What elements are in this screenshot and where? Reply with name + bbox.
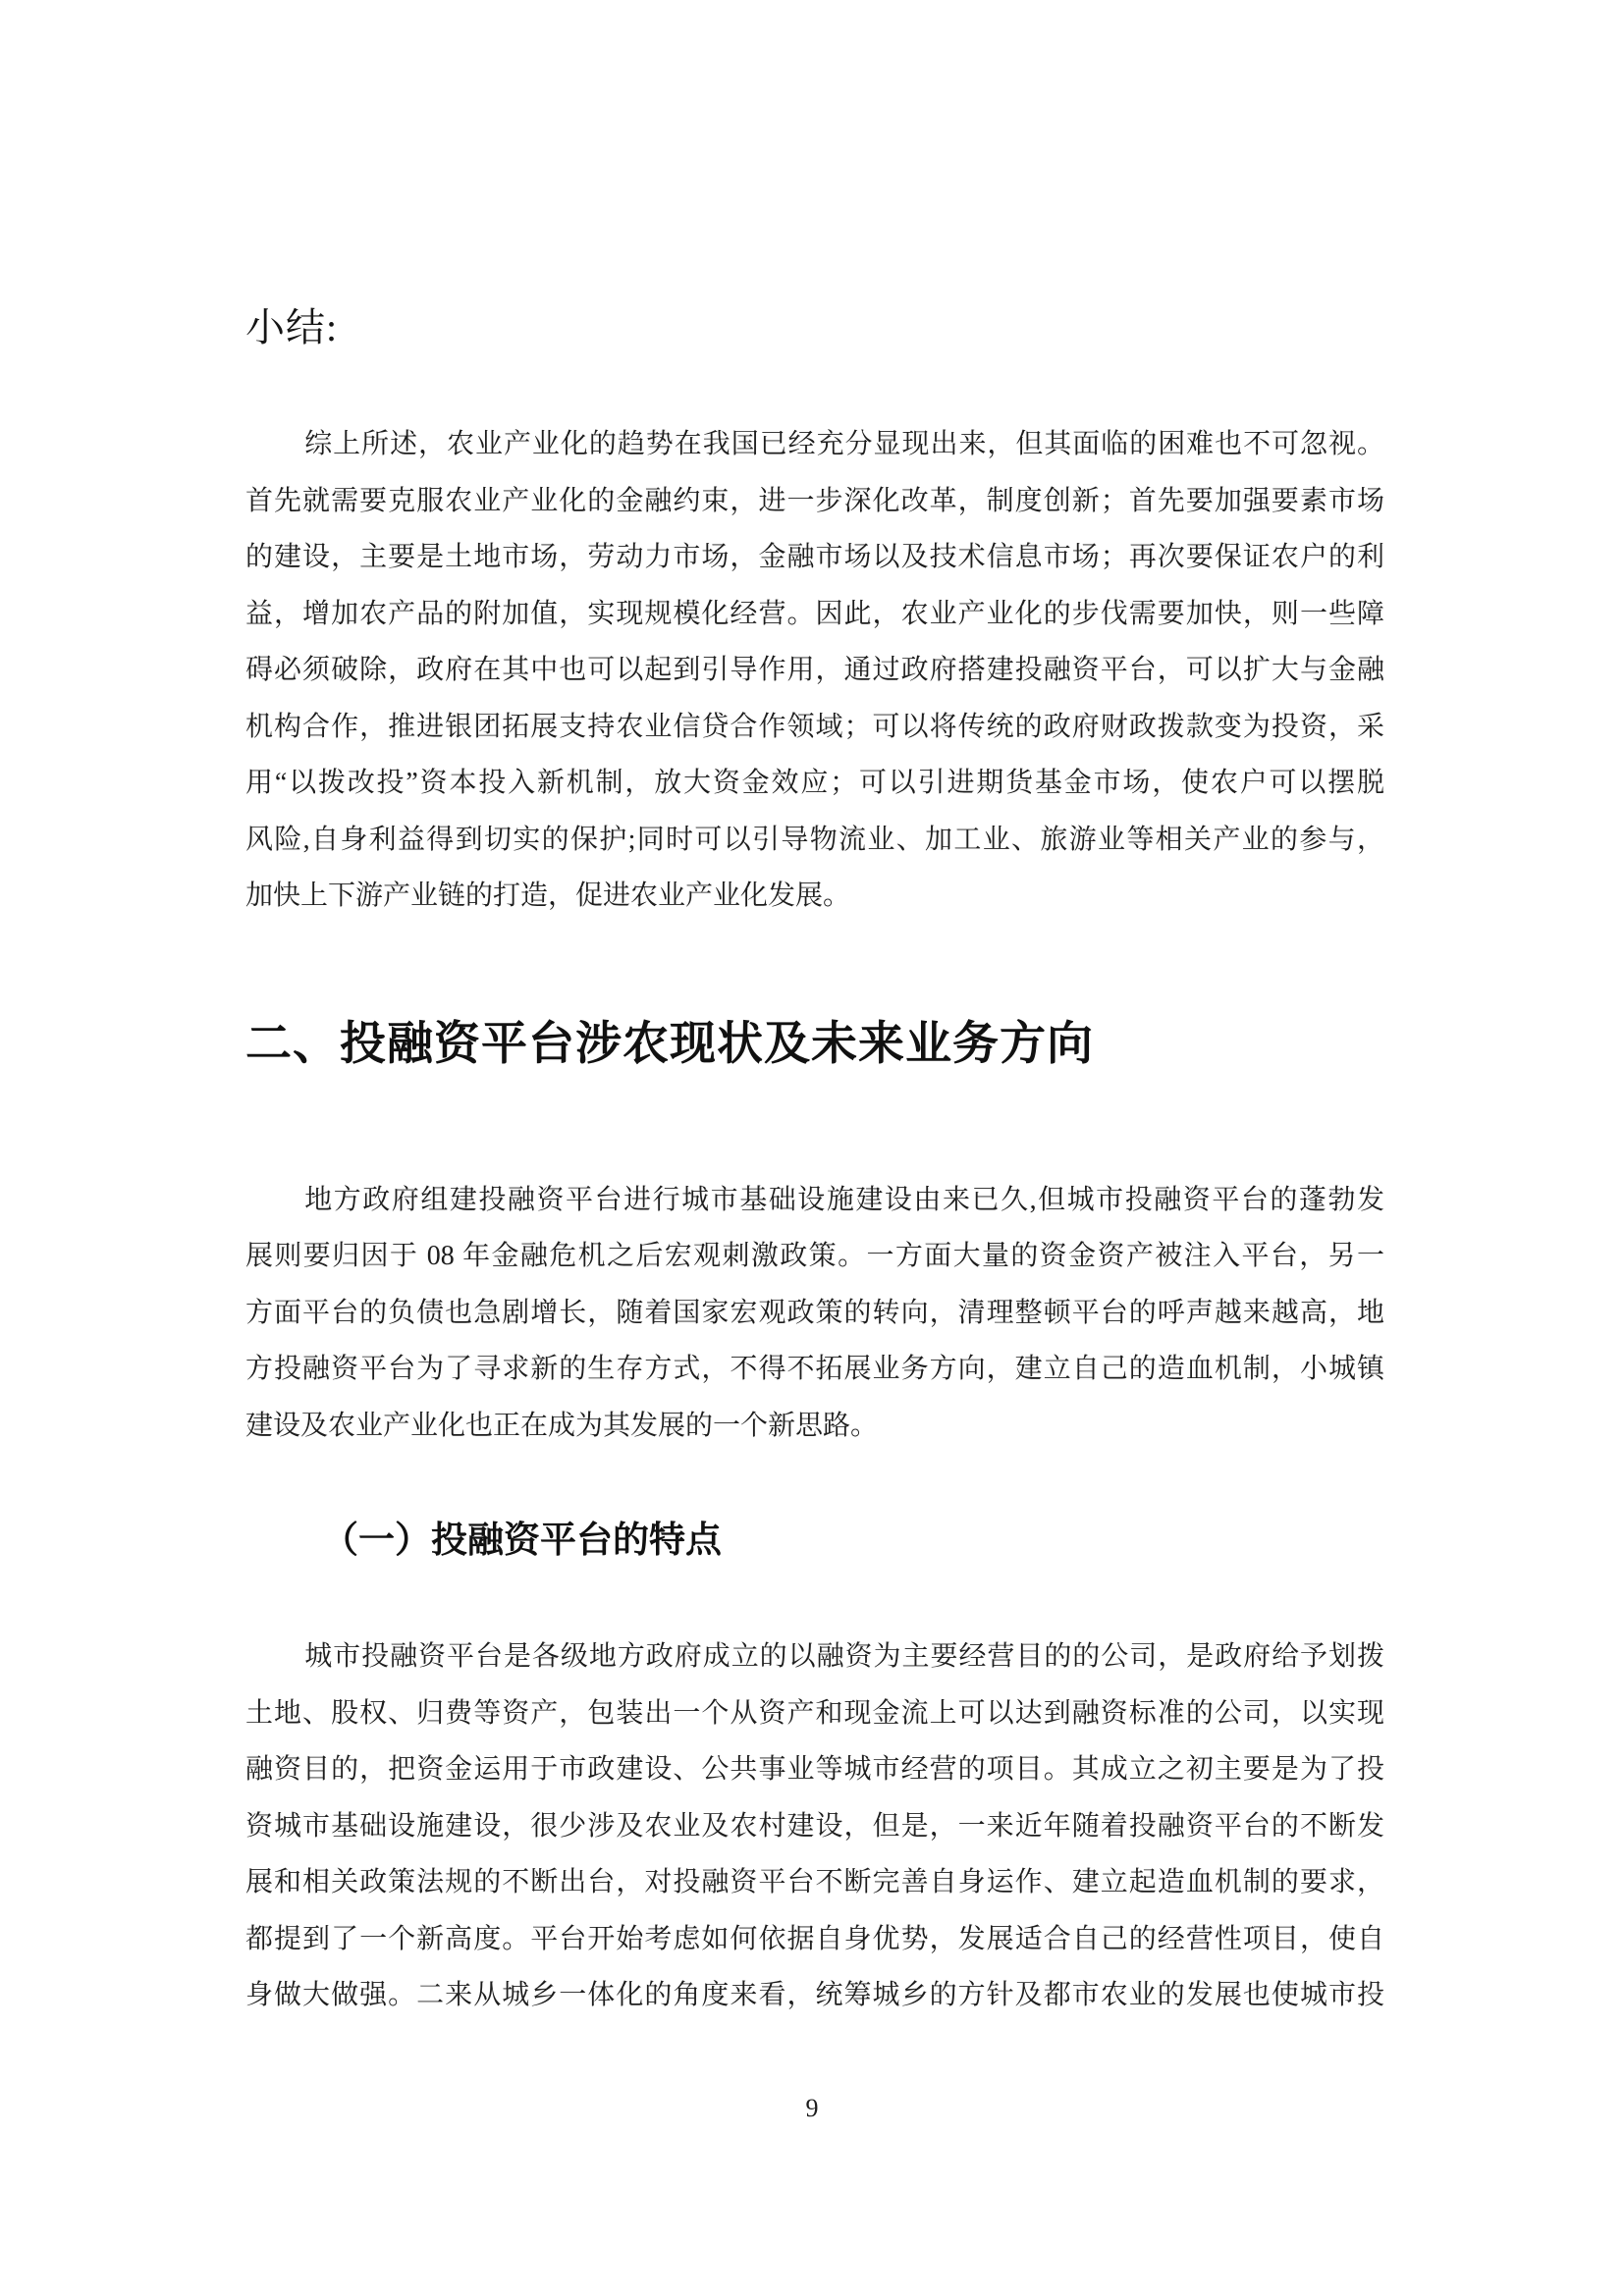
text-line: 加快上下游产业链的打造，促进农业产业化发展。 [245,868,1384,925]
text-line: 身做大做强。二来从城乡一体化的角度来看，统筹城乡的方针及都市农业的发展也使城市投 [245,1967,1384,2024]
page-number: 9 [0,2093,1624,2124]
text-line: 城市投融资平台是各级地方政府成立的以融资为主要经营目的的公司，是政府给予划拨 [245,1629,1384,1685]
text-line: 首先就需要克服农业产业化的金融约束，进一步深化改革，制度创新；首先要加强要素市场 [245,473,1384,530]
text-line: 综上所述，农业产业化的趋势在我国已经充分显现出来，但其面临的困难也不可忽视。 [245,416,1384,473]
document-page: 小结: 综上所述，农业产业化的趋势在我国已经充分显现出来，但其面临的困难也不可忽… [0,0,1624,2296]
text-line: 土地、股权、归费等资产，包装出一个从资产和现金流上可以达到融资标准的公司，以实现 [245,1685,1384,1742]
paragraph-platform-features: 城市投融资平台是各级地方政府成立的以融资为主要经营目的的公司，是政府给予划拨土地… [245,1629,1384,2024]
text-line: 资城市基础设施建设，很少涉及农业及农村建设，但是，一来近年随着投融资平台的不断发 [245,1798,1384,1855]
text-line: 机构合作，推进银团拓展支持农业信贷合作领域；可以将传统的政府财政拨款变为投资，采 [245,699,1384,756]
paragraph-platform-background: 地方政府组建投融资平台进行城市基础设施建设由来已久,但城市投融资平台的蓬勃发展则… [245,1172,1384,1455]
text-line: 方面平台的负债也急剧增长，随着国家宏观政策的转向，清理整顿平台的呼声越来越高，地 [245,1285,1384,1342]
text-line: 方投融资平台为了寻求新的生存方式，不得不拓展业务方向，建立自己的造血机制，小城镇 [245,1341,1384,1398]
text-line: 展则要归因于 08 年金融危机之后宏观刺激政策。一方面大量的资金资产被注入平台，… [245,1228,1384,1285]
text-line: 展和相关政策法规的不断出台，对投融资平台不断完善自身运作、建立起造血机制的要求， [245,1854,1384,1911]
text-line: 地方政府组建投融资平台进行城市基础设施建设由来已久,但城市投融资平台的蓬勃发 [245,1172,1384,1229]
text-line: 融资目的，把资金运用于市政建设、公共事业等城市经营的项目。其成立之初主要是为了投 [245,1741,1384,1798]
text-line: 碍必须破除，政府在其中也可以起到引导作用，通过政府搭建投融资平台，可以扩大与金融 [245,642,1384,699]
text-line: 用“以拨改投”资本投入新机制，放大资金效应；可以引进期货基金市场，使农户可以摆脱 [245,755,1384,812]
text-line: 的建设，主要是土地市场，劳动力市场，金融市场以及技术信息市场；再次要保证农户的利 [245,529,1384,586]
text-line: 风险,自身利益得到切实的保护;同时可以引导物流业、加工业、旅游业等相关产业的参与… [245,812,1384,869]
text-line: 都提到了一个新高度。平台开始考虑如何依据自身优势，发展适合自己的经营性项目，使自 [245,1911,1384,1968]
page-content: 小结: 综上所述，农业产业化的趋势在我国已经充分显现出来，但其面临的困难也不可忽… [245,0,1384,2024]
text-line: 益，增加农产品的附加值，实现规模化经营。因此，农业产业化的步伐需要加快，则一些障 [245,586,1384,643]
subsection-heading: （一）投融资平台的特点 [322,1517,1384,1566]
section-title: 小结: [245,302,1384,353]
paragraph-summary: 综上所述，农业产业化的趋势在我国已经充分显现出来，但其面临的困难也不可忽视。首先… [245,416,1384,925]
chapter-heading: 二、投融资平台涉农现状及未来业务方向 [245,1015,1384,1074]
text-line: 建设及农业产业化也正在成为其发展的一个新思路。 [245,1398,1384,1455]
